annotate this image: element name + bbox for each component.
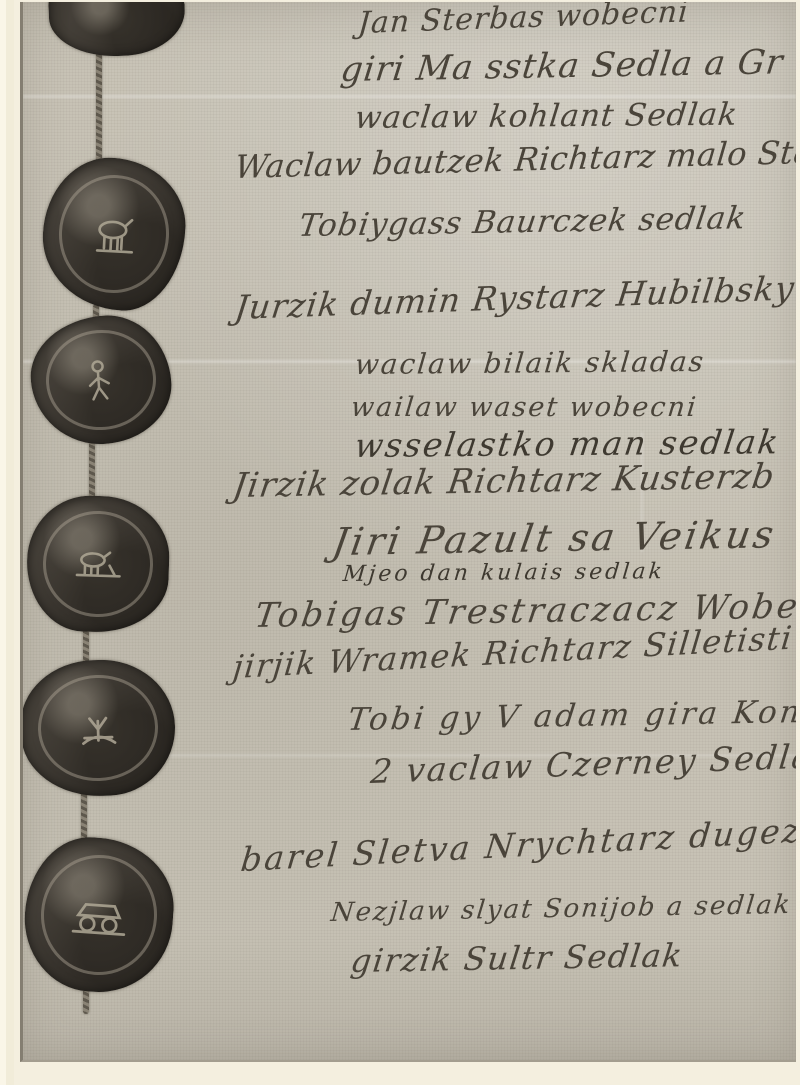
handwriting-line: Tobiygass Baurczek sedlak <box>296 200 748 244</box>
handwriting-line: waclaw bilaik skladas <box>353 345 706 381</box>
wax-seal-6 <box>20 833 178 997</box>
seal-cord <box>96 48 102 162</box>
handwriting-line: barel Sletva Nrychtarz dugez <box>239 810 796 879</box>
handwriting-line: wailaw waset wobecni <box>349 392 699 423</box>
seal-motif-figure-icon <box>69 348 133 412</box>
handwriting-line: Jiri Pazult sa Veikus <box>330 512 780 564</box>
wax-seal-1 <box>48 2 186 58</box>
seal-motif-plant-icon <box>64 694 132 762</box>
handwriting-line: Jirzik zolak Richtarz Kusterzb <box>230 456 777 506</box>
handwriting-line: Mjeo dan kulais sedlak <box>342 559 666 587</box>
wax-seal-3 <box>27 311 176 448</box>
handwriting-line: Jurzik dumin Rystarz Hubilbsky <box>233 268 796 327</box>
wax-seal-4 <box>25 494 172 635</box>
wax-seal-2 <box>39 154 189 313</box>
handwriting-line: giri Ma sstka Sedla a Gr <box>339 42 786 90</box>
handwriting-line: Nezjlaw slyat Sonijob a sedlak <box>329 890 793 928</box>
seal-cord <box>81 790 87 842</box>
document-photograph: Jan Sterbas wobecni giri Ma sstka Sedla … <box>20 2 796 1062</box>
handwriting-line: Waclaw bautzek Richtarz malo Staliw <box>233 132 796 187</box>
seal-motif-lamb-icon <box>80 200 147 267</box>
seal-motif-wagon-icon <box>64 880 134 950</box>
handwriting-line: waclaw kohlant Sedlak <box>353 97 740 136</box>
seal-motif-horse-plough-icon <box>66 532 130 596</box>
wax-seal-5 <box>20 657 177 798</box>
handwriting-line: 2 vaclaw Czerney Sedla <box>369 736 796 791</box>
handwriting-line: girzik Sultr Sedlak <box>349 936 686 980</box>
handwriting-line: Jan Sterbas wobecni <box>357 2 690 41</box>
handwriting-line: Tobi gy V adam gira Kons <box>346 694 796 738</box>
